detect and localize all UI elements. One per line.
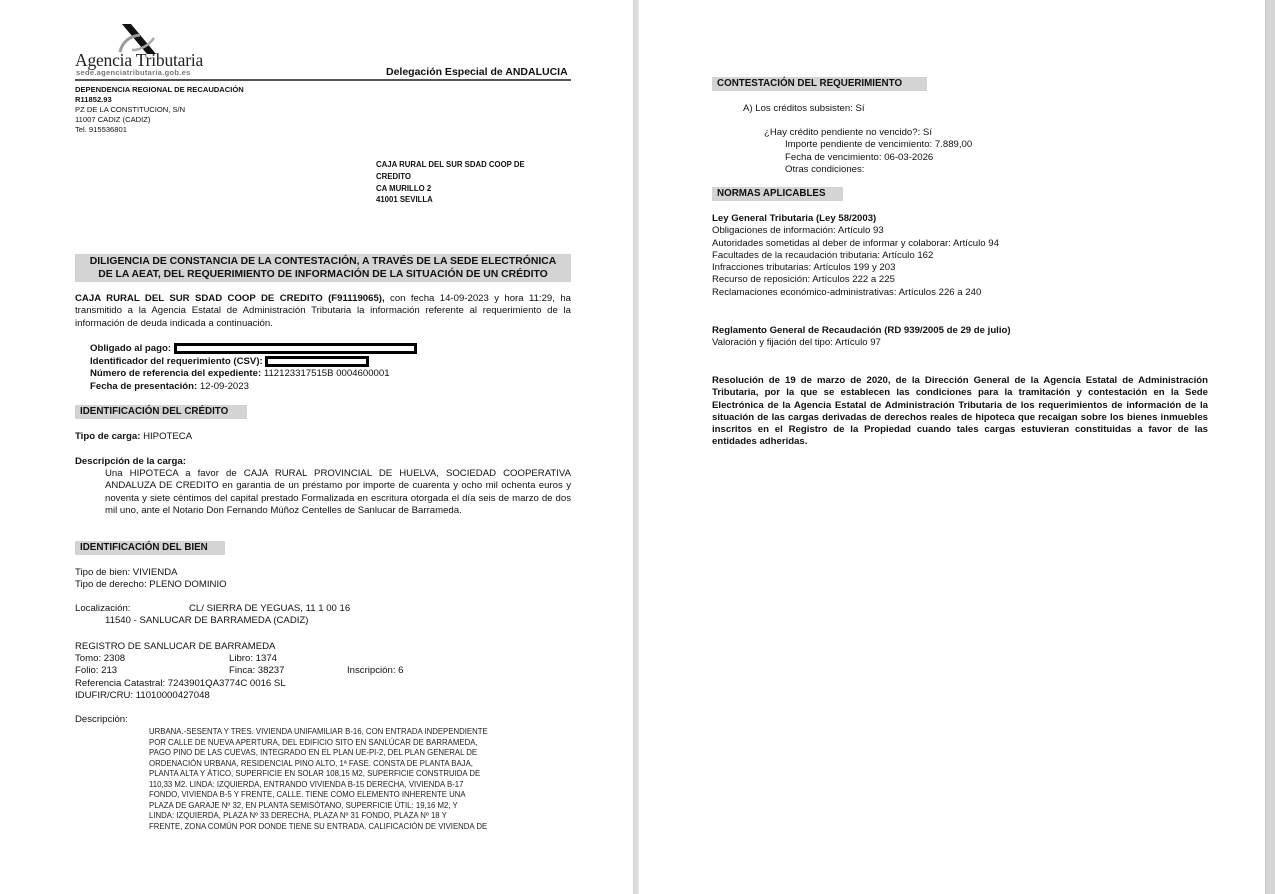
descripcion-line: PLAZA DE GARAJE Nº 32, EN PLANTA SEMISÓT… [149, 801, 549, 812]
logo-url: sede.agenciatributaria.gob.es [76, 68, 191, 77]
tomo: Tomo: 2308 [75, 653, 125, 665]
tipo-carga: Tipo de carga: HIPOTECA [75, 431, 192, 443]
credito-pendiente: ¿Hay crédito pendiente no vencido?: Sí [764, 127, 932, 139]
intro-entity: CAJA RURAL DEL SUR SDAD COOP DE CREDITO … [75, 293, 385, 304]
inscripcion: Inscripción: 6 [347, 665, 404, 677]
localizacion-label: Localización: [75, 603, 130, 615]
section-contestacion-header: CONTESTACIÓN DEL REQUERIMIENTO [712, 77, 927, 91]
dependencia-code: R11852.93 [75, 95, 244, 105]
norma-item: Infracciones tributarias: Artículos 199 … [712, 262, 999, 274]
section-bien-header: IDENTIFICACIÓN DEL BIEN [75, 541, 225, 555]
dependencia-address2: 11007 CADIZ (CADIZ) [75, 115, 244, 125]
localizacion-line2: 11540 - SANLUCAR DE BARRAMEDA (CADIZ) [105, 615, 308, 627]
addressee-line3: CA MURILLO 2 [376, 183, 525, 195]
rgr-title: Reglamento General de Recaudación (RD 93… [712, 325, 1011, 337]
descripcion-line: POR CALLE DE NUEVA APERTURA, DEL EDIFICI… [149, 738, 549, 749]
creditos-subsisten: A) Los créditos subsisten: Sí [743, 103, 865, 115]
idufir: IDUFIR/CRU: 11010000427048 [75, 690, 210, 702]
descripcion-line: PLANTA ALTA Y ÁTICO, SUPERFICIE EN SOLAR… [149, 769, 549, 780]
expediente-row: Número de referencia del expediente: 112… [90, 368, 417, 381]
intro-paragraph: CAJA RURAL DEL SUR SDAD COOP DE CREDITO … [75, 293, 571, 330]
localizacion-line1: CL/ SIERRA DE YEGUAS, 11 1 00 16 [189, 603, 350, 615]
dependencia-phone: Tel. 915536801 [75, 125, 244, 135]
fecha-vencimiento: Fecha de vencimiento: 06-03-2026 [785, 152, 933, 164]
rgr-block: Reglamento General de Recaudación (RD 93… [712, 325, 1011, 350]
tipo-bien: Tipo de bien: VIVIENDA [75, 567, 227, 579]
descripcion-line: PAGO PINO DE LAS CUEVAS, INTEGRADO EN EL… [149, 748, 549, 759]
viewer-edge [1265, 0, 1275, 894]
tipo-bien-block: Tipo de bien: VIVIENDA Tipo de derecho: … [75, 567, 227, 592]
expediente-value: 112123317515B 0004600001 [261, 368, 389, 379]
csv-label: Identificador del requerimiento (CSV): [90, 356, 263, 367]
expediente-label: Número de referencia del expediente: [90, 368, 261, 379]
norma-item: Reclamaciones económico-administrativas:… [712, 287, 999, 299]
descripcion-line: FONDO, VIVIENDA B-5 Y FRENTE, CALLE. TIE… [149, 790, 549, 801]
addressee-line1: CAJA RURAL DEL SUR SDAD COOP DE [376, 159, 525, 171]
libro: Libro: 1374 [229, 653, 277, 665]
norma-item: Valoración y fijación del tipo: Artículo… [712, 337, 1011, 349]
document-page-1: Agencia Tributaria sede.agenciatributari… [0, 0, 633, 894]
delegacion-heading: Delegación Especial de ANDALUCIA [386, 66, 568, 78]
importe-pendiente: Importe pendiente de vencimiento: 7.889,… [785, 139, 972, 151]
header-divider [75, 79, 571, 81]
norma-item: Facultades de la recaudación tributaria:… [712, 250, 999, 262]
lgt-block: Ley General Tributaria (Ley 58/2003) Obl… [712, 213, 999, 299]
lgt-title: Ley General Tributaria (Ley 58/2003) [712, 213, 999, 225]
addressee-line4: 41001 SEVILLA [376, 195, 525, 205]
tipo-derecho: Tipo de derecho: PLENO DOMINIO [75, 579, 227, 591]
addressee-line2: CREDITO [376, 171, 525, 183]
dependencia-name: DEPENDENCIA REGIONAL DE RECAUDACIÓN [75, 85, 244, 95]
descripcion-line: FRENTE, ZONA COMÚN POR DONDE TIENE SU EN… [149, 822, 549, 833]
document-title-line2: DE LA AEAT, DEL REQUERIMIENTO DE INFORMA… [75, 268, 571, 281]
section-normas-header: NORMAS APLICABLES [712, 187, 843, 201]
norma-item: Autoridades sometidas al deber de inform… [712, 238, 999, 250]
descripcion-bien-text: URBANA.-SESENTA Y TRES. VIVIENDA UNIFAMI… [149, 727, 549, 832]
tipo-carga-label: Tipo de carga: [75, 431, 140, 442]
obligado-label: Obligado al pago: [90, 343, 171, 354]
registro-name: REGISTRO DE SANLUCAR DE BARRAMEDA [75, 641, 275, 653]
descripcion-carga-text: Una HIPOTECA a favor de CAJA RURAL PROVI… [105, 468, 571, 517]
descripcion-bien-label: Descripción: [75, 714, 128, 726]
norma-item: Obligaciones de información: Artículo 93 [712, 225, 999, 237]
fecha-value: 12-09-2023 [197, 381, 249, 392]
dependencia-block: DEPENDENCIA REGIONAL DE RECAUDACIÓN R118… [75, 85, 244, 135]
referencia-catastral: Referencia Catastral: 7243901QA3774C 001… [75, 678, 286, 690]
csv-row: Identificador del requerimiento (CSV): [90, 356, 417, 369]
addressee-block: CAJA RURAL DEL SUR SDAD COOP DE CREDITO … [376, 159, 525, 205]
descripcion-line: ORDENACIÓN URBANA, RESIDENCIAL PINO ALTO… [149, 759, 549, 770]
descripcion-carga-label: Descripción de la carga: [75, 456, 186, 468]
fecha-row: Fecha de presentación: 12-09-2023 [90, 381, 417, 394]
otras-condiciones: Otras condiciones: [785, 164, 864, 176]
obligado-redaction [174, 343, 417, 354]
resolucion-paragraph: Resolución de 19 de marzo de 2020, de la… [712, 375, 1208, 449]
descripcion-line: LINDA: IZQUIERDA, PLAZA Nº 33 DERECHA, P… [149, 811, 549, 822]
folio: Folio: 213 [75, 665, 117, 677]
descripcion-line: URBANA.-SESENTA Y TRES. VIVIENDA UNIFAMI… [149, 727, 549, 738]
dependencia-address1: PZ DE LA CONSTITUCION, S/N [75, 105, 244, 115]
fecha-label: Fecha de presentación: [90, 381, 197, 392]
document-title-line1: DILIGENCIA DE CONSTANCIA DE LA CONTESTAC… [75, 255, 571, 268]
csv-redaction [265, 356, 369, 367]
document-title: DILIGENCIA DE CONSTANCIA DE LA CONTESTAC… [75, 254, 571, 282]
finca: Finca: 38237 [229, 665, 284, 677]
lgt-items: Obligaciones de información: Artículo 93… [712, 225, 999, 299]
descripcion-line: 110,33 M2. LINDA: IZQUIERDA, ENTRANDO VI… [149, 780, 549, 791]
tipo-carga-value: HIPOTECA [140, 431, 192, 442]
requirement-fields: Obligado al pago: Identificador del requ… [90, 343, 417, 393]
norma-item: Recurso de reposición: Artículos 222 a 2… [712, 274, 999, 286]
rgr-items: Valoración y fijación del tipo: Artículo… [712, 337, 1011, 349]
document-page-2: CONTESTACIÓN DEL REQUERIMIENTO A) Los cr… [639, 0, 1265, 894]
section-credito-header: IDENTIFICACIÓN DEL CRÉDITO [75, 405, 247, 419]
obligado-row: Obligado al pago: [90, 343, 417, 356]
